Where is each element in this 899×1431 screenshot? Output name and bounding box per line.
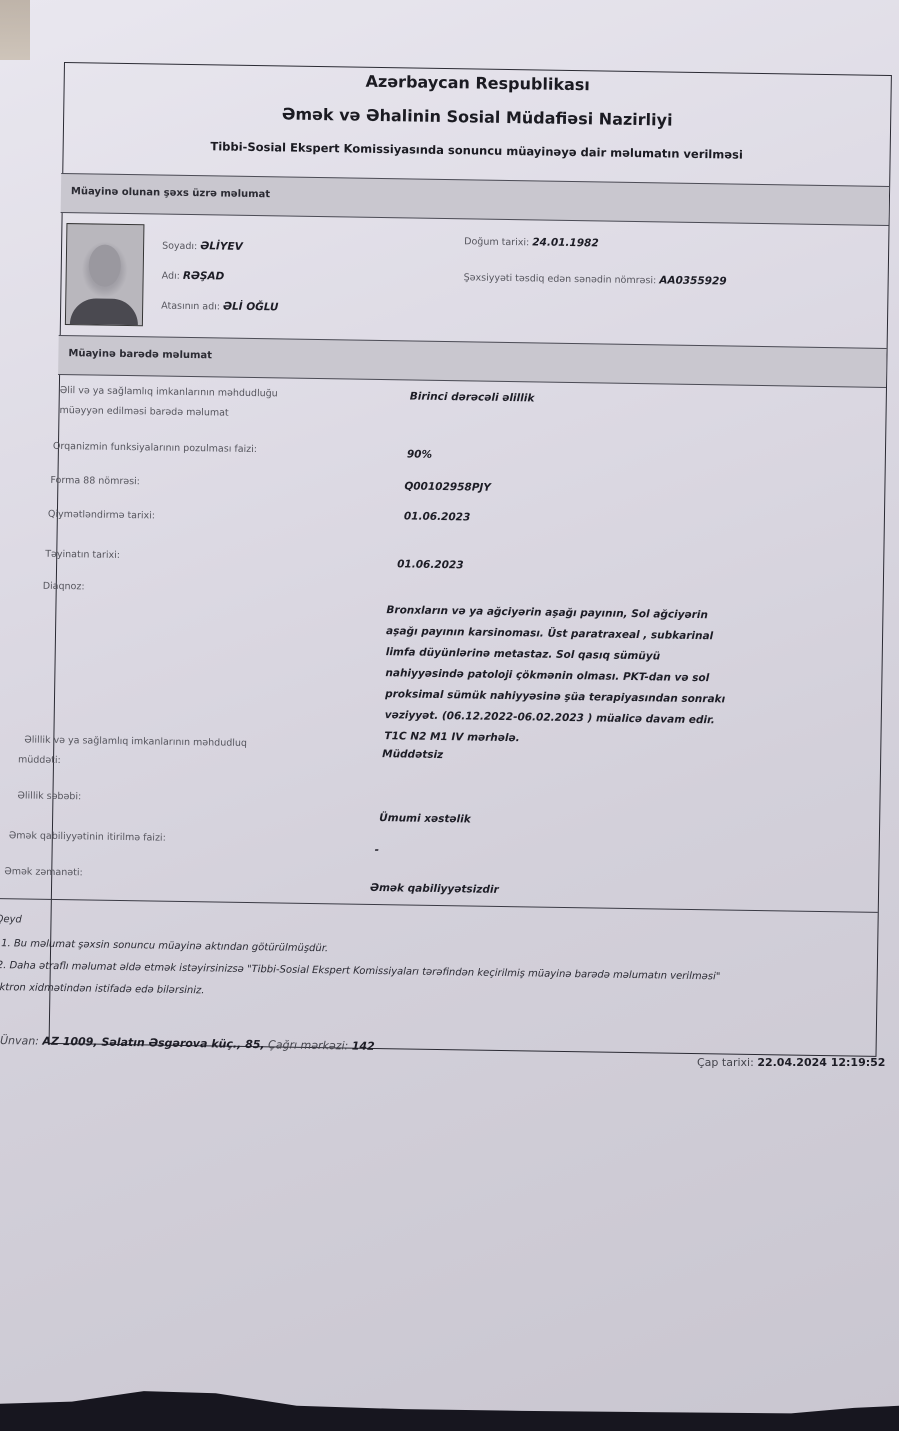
surname-field: Soyadı: ƏLİYEV xyxy=(162,240,243,253)
diagnosis-text: Bronxların və ya ağciyərin aşağı payının… xyxy=(384,600,736,752)
work-guarantee-value: Əmək qabiliyyətsizdir xyxy=(370,882,499,896)
disability-cause-value: Ümumi xəstəlik xyxy=(379,812,471,825)
note-1: 1. Bu məlumat şəxsin sonuncu müayinə akt… xyxy=(1,938,328,954)
notes-title: Qeyd xyxy=(0,914,22,925)
form88-value: Q00102958PJY xyxy=(404,480,491,493)
patronymic-field: Atasının adı: ƏLİ OĞLU xyxy=(161,300,278,314)
assignment-date-label: Təyinatın tarixi: xyxy=(45,549,120,561)
disability-cause-label: Əlillik səbəbi: xyxy=(17,790,81,802)
print-date: Çap tarixi: 22.04.2024 12:19:52 xyxy=(697,1056,885,1069)
birth-date-field: Doğum tarixi: 24.01.1982 xyxy=(464,235,599,249)
ministry-title: Əmək və Əhalinin Sosial Müdafiəsi Nazirl… xyxy=(64,101,890,133)
disability-info-value: Birinci dərəcəli əlillik xyxy=(410,390,535,404)
document-title: Tibbi-Sosial Ekspert Komissiyasında sonu… xyxy=(64,137,890,164)
id-document-field: Şəxsiyyəti təsdiq edən sənədin nömrəsi: … xyxy=(464,271,727,287)
disability-info-label-2: müəyyən edilməsi barədə məlumat xyxy=(59,405,228,419)
form88-label: Forma 88 nömrəsi: xyxy=(50,475,140,487)
disability-info-label-1: Əlil və ya sağlamlıq imkanlarının məhdud… xyxy=(60,385,278,399)
function-impairment-label: Orqanizmin funksiyalarının pozulması fai… xyxy=(53,441,257,455)
name-field: Adı: RƏŞAD xyxy=(162,270,225,283)
duration-label-2: müddəti: xyxy=(18,754,61,766)
work-loss-value: - xyxy=(375,844,380,856)
exam-section-heading: Müayinə barədə məlumat xyxy=(58,335,887,388)
note-3: elektron xidmətindən istifadə edə bilərs… xyxy=(0,982,205,996)
note-2: 2. Daha ətraflı məlumat əldə etmək istəy… xyxy=(0,960,720,982)
work-guarantee-label: Əmək zəmanəti: xyxy=(4,866,83,878)
work-loss-label: Əmək qabiliyyətinin itirilmə faizi: xyxy=(9,830,166,843)
assignment-date-value: 01.06.2023 xyxy=(397,558,464,571)
duration-label-1: Əlillik və ya sağlamlıq imkanlarının məh… xyxy=(24,734,247,748)
person-photo-icon xyxy=(65,223,145,326)
function-impairment-value: 90% xyxy=(407,448,432,460)
background-cloth xyxy=(0,1389,899,1431)
diagnosis-label: Diaqnoz: xyxy=(43,581,85,593)
duration-value: Müddətsiz xyxy=(382,748,443,761)
medical-report-form: Azərbaycan Respublikası Əmək və Əhalinin… xyxy=(49,62,892,1057)
person-section-heading: Müayinə olunan şəxs üzrə məlumat xyxy=(61,173,890,226)
assessment-date-value: 01.06.2023 xyxy=(404,510,471,523)
background-table-edge xyxy=(0,0,30,60)
country-title: Azərbaycan Respublikası xyxy=(65,67,891,99)
divider xyxy=(0,898,878,913)
assessment-date-label: Qiymətləndirmə tarixi: xyxy=(48,509,155,522)
